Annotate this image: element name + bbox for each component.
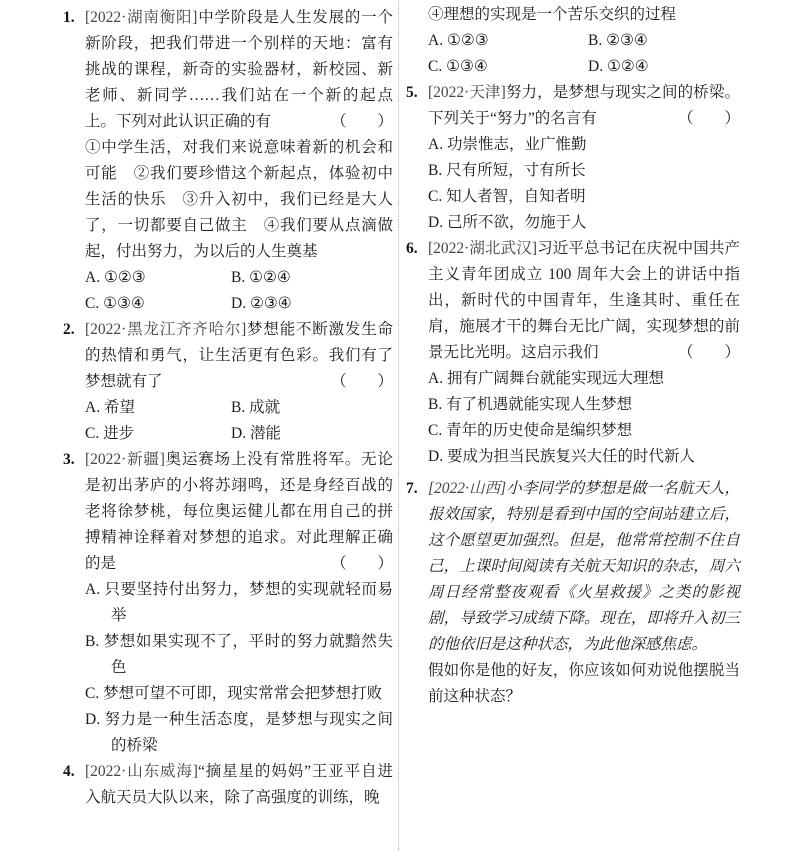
- question-5-stem: [2022·天津]努力，是梦想与现实之间的桥梁。下列关于“努力”的名言有（ ）: [428, 80, 740, 132]
- question-1-citation: [2022·湖南衡阳]: [85, 9, 197, 26]
- question-4-stem: [2022·山东威海]“摘星星的妈妈”王亚平自进入航天员大队以来，除了高强度的训…: [85, 759, 393, 811]
- question-6-stem: [2022·湖北武汉]习近平总书记在庆祝中国共产主义青年团成立 100 周年大会…: [428, 236, 740, 366]
- question-4-option-b: B. ②③④: [588, 28, 648, 54]
- question-4-continuation: ④理想的实现是一个苦乐交织的过程 A. ①②③ B. ②③④ C. ①③④ D.…: [406, 2, 740, 80]
- question-6-option-c: C. 青年的历史使命是编织梦想: [428, 418, 740, 444]
- question-2-option-a: A. 希望: [85, 395, 231, 421]
- question-4-option-a: A. ①②③: [428, 28, 588, 54]
- question-3-option-a: A. 只要坚持付出努力，梦想的实现就轻而易举: [85, 577, 393, 629]
- question-2-option-b: B. 成就: [231, 395, 280, 421]
- question-4-options-row-2: C. ①③④ D. ①②④: [428, 54, 740, 80]
- question-1: 1. [2022·湖南衡阳]中学阶段是人生发展的一个新阶段，把我们带进一个别样的…: [63, 5, 393, 317]
- question-4: 4. [2022·山东威海]“摘星星的妈妈”王亚平自进入航天员大队以来，除了高强…: [63, 759, 393, 811]
- question-3: 3. [2022·新疆]奥运赛场上没有常胜将军。无论是初出茅庐的小将苏翊鸣，还是…: [63, 447, 393, 759]
- question-4-citation: [2022·山东威海]: [85, 763, 198, 780]
- column-divider: [398, 0, 399, 851]
- question-4-option-d: D. ①②④: [588, 54, 649, 80]
- question-3-citation: [2022·新疆]: [85, 451, 165, 468]
- question-6-option-b: B. 有了机遇就能实现人生梦想: [428, 392, 740, 418]
- question-2-stem: [2022·黑龙江齐齐哈尔]梦想能不断激发生命的热情和勇气，让生活更有色彩。我们…: [85, 317, 393, 395]
- question-5-answer-bracket: （ ）: [678, 106, 740, 132]
- left-column: 1. [2022·湖南衡阳]中学阶段是人生发展的一个新阶段，把我们带进一个别样的…: [63, 5, 393, 811]
- question-5-citation: [2022·天津]: [428, 84, 506, 101]
- question-5-option-b: B. 尺有所短，寸有所长: [428, 158, 740, 184]
- question-1-options-row-1: A. ①②③ B. ①②④: [85, 265, 393, 291]
- question-6-option-a: A. 拥有广阔舞台就能实现远大理想: [428, 366, 740, 392]
- question-4-subitem-4: ④理想的实现是一个苦乐交织的过程: [428, 2, 740, 28]
- question-2-option-d: D. 潜能: [231, 421, 281, 447]
- question-7-citation: [2022·山西]: [428, 480, 506, 497]
- question-3-option-c: C. 梦想可望不可即，现实常常会把梦想打败: [85, 681, 393, 707]
- right-column: ④理想的实现是一个苦乐交织的过程 A. ①②③ B. ②③④ C. ①③④ D.…: [406, 2, 740, 710]
- question-5-number: 5.: [406, 80, 418, 106]
- question-5-option-c: C. 知人者智，自知者明: [428, 184, 740, 210]
- question-5-option-d: D. 己所不欲，勿施于人: [428, 210, 740, 236]
- question-7-number: 7.: [406, 476, 418, 502]
- question-6: 6. [2022·湖北武汉]习近平总书记在庆祝中国共产主义青年团成立 100 周…: [406, 236, 740, 470]
- question-2-answer-bracket: （ ）: [331, 369, 393, 395]
- question-1-option-c: C. ①③④: [85, 291, 231, 317]
- question-6-citation: [2022·湖北武汉]: [428, 240, 537, 257]
- question-7-prompt: 假如你是他的好友，你应该如何劝说他摆脱当前这种状态？: [428, 658, 740, 710]
- question-7-scenario-text: 小李同学的梦想是做一名航天人，报效国家，特别是看到中国的空间站建立后，这个愿望更…: [428, 480, 740, 653]
- question-4-option-c: C. ①③④: [428, 54, 588, 80]
- question-1-stem: [2022·湖南衡阳]中学阶段是人生发展的一个新阶段，把我们带进一个别样的天地：…: [85, 5, 393, 135]
- question-1-subitems: ①中学生活，对我们来说意味着新的机会和可能 ②我们要珍惜这个新起点，体验初中生活…: [85, 135, 393, 265]
- question-2-options-row-1: A. 希望 B. 成就: [85, 395, 393, 421]
- question-1-number: 1.: [63, 5, 75, 31]
- question-3-option-b: B. 梦想如果实现不了，平时的努力就黯然失色: [85, 629, 393, 681]
- question-1-options-row-2: C. ①③④ D. ②③④: [85, 291, 393, 317]
- question-3-number: 3.: [63, 447, 75, 473]
- question-2-number: 2.: [63, 317, 75, 343]
- question-7: 7. [2022·山西]小李同学的梦想是做一名航天人，报效国家，特别是看到中国的…: [406, 476, 740, 710]
- question-7-scenario: [2022·山西]小李同学的梦想是做一名航天人，报效国家，特别是看到中国的空间站…: [428, 476, 740, 658]
- question-6-answer-bracket: （ ）: [678, 340, 740, 366]
- question-4-options-row-1: A. ①②③ B. ②③④: [428, 28, 740, 54]
- question-3-stem: [2022·新疆]奥运赛场上没有常胜将军。无论是初出茅庐的小将苏翊鸣，还是身经百…: [85, 447, 393, 577]
- question-4-number: 4.: [63, 759, 75, 785]
- question-3-option-d: D. 努力是一种生活态度，是梦想与现实之间的桥梁: [85, 707, 393, 759]
- question-2-option-c: C. 进步: [85, 421, 231, 447]
- question-1-option-b: B. ①②④: [231, 265, 291, 291]
- question-1-answer-bracket: （ ）: [331, 109, 393, 135]
- question-2: 2. [2022·黑龙江齐齐哈尔]梦想能不断激发生命的热情和勇气，让生活更有色彩…: [63, 317, 393, 447]
- question-1-option-a: A. ①②③: [85, 265, 231, 291]
- question-2-citation: [2022·黑龙江齐齐哈尔]: [85, 321, 246, 338]
- question-5: 5. [2022·天津]努力，是梦想与现实之间的桥梁。下列关于“努力”的名言有（…: [406, 80, 740, 236]
- question-6-option-d: D. 要成为担当民族复兴大任的时代新人: [428, 444, 740, 470]
- question-3-answer-bracket: （ ）: [331, 551, 393, 577]
- question-5-option-a: A. 功崇惟志，业广惟勤: [428, 132, 740, 158]
- question-1-option-d: D. ②③④: [231, 291, 292, 317]
- question-2-options-row-2: C. 进步 D. 潜能: [85, 421, 393, 447]
- question-6-number: 6.: [406, 236, 418, 262]
- exam-page: 1. [2022·湖南衡阳]中学阶段是人生发展的一个新阶段，把我们带进一个别样的…: [0, 0, 790, 851]
